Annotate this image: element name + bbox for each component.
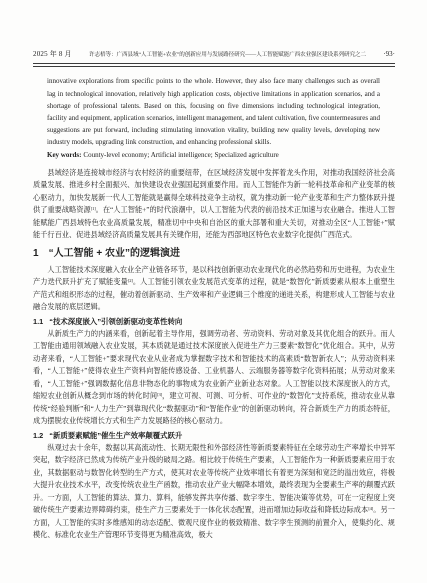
section-1-1-title: “技术深度嵌入”引领创新驱动变革性转向 (49, 317, 182, 326)
abstract-section: innovative explorations from specific po… (47, 75, 380, 160)
keywords-text: County-level economy; Artificial intelli… (83, 151, 278, 159)
section-1-title: “人工智能 + 农业”的逻辑演进 (49, 248, 180, 259)
abstract-continuation: innovative explorations from specific po… (47, 75, 380, 148)
keywords-label: Key words: (47, 151, 81, 159)
section-1-1-heading: 1.1“技术深度嵌入”引领创新驱动变革性转向 (33, 316, 395, 327)
section-1-2-heading: 1.2“新质要素赋能”催生生产效率颠覆式跃升 (33, 430, 395, 441)
page-number: ·93· (383, 50, 395, 59)
paper-page: 2025 年 8 月 许志梧等：广西县域“人工智能+农业”的创新应用与发展路径研… (0, 0, 427, 583)
section-1-1-paragraph: 从新质生产力的内涵来看，创新起着主导作用，强调劳动者、劳动资料、劳动对象及其优化… (33, 328, 395, 428)
section-1-2-paragraph: 纵观过去十余年，数据以其高流动性、长期无限性和外部经济性等新质要素特征在全球劳动… (33, 442, 395, 542)
section-1-1-number: 1.1 (33, 317, 43, 326)
section-1-heading: 1“人工智能 + 农业”的逻辑演进 (33, 247, 395, 260)
article-body: 县域经济是连接城市经济与农村经济的重要纽带，在区域经济发展中发挥着龙头作用，对推… (33, 167, 395, 542)
section-1-2-number: 1.2 (33, 431, 43, 440)
running-title: 许志梧等：广西县域“人工智能+农业”的创新应用与发展路径研究——人工智能赋能广西… (72, 51, 384, 60)
page-header: 2025 年 8 月 许志梧等：广西县域“人工智能+农业”的创新应用与发展路径研… (33, 50, 395, 60)
keywords-line: Key words:County-level economy; Artifici… (47, 149, 380, 161)
section-1-2-title: “新质要素赋能”催生生产效率颠覆式跃升 (49, 431, 182, 440)
introduction-paragraph: 县域经济是连接城市经济与农村经济的重要纽带，在区域经济发展中发挥着龙头作用，对推… (33, 167, 395, 242)
section-1-lead-paragraph: 人工智能技术深度融入农业全产业链各环节，是以科技创新驱动农业现代化的必然趋势和历… (33, 264, 395, 314)
section-1-number: 1 (33, 248, 39, 259)
header-divider-rule (33, 63, 395, 67)
issue-date: 2025 年 8 月 (33, 50, 72, 59)
